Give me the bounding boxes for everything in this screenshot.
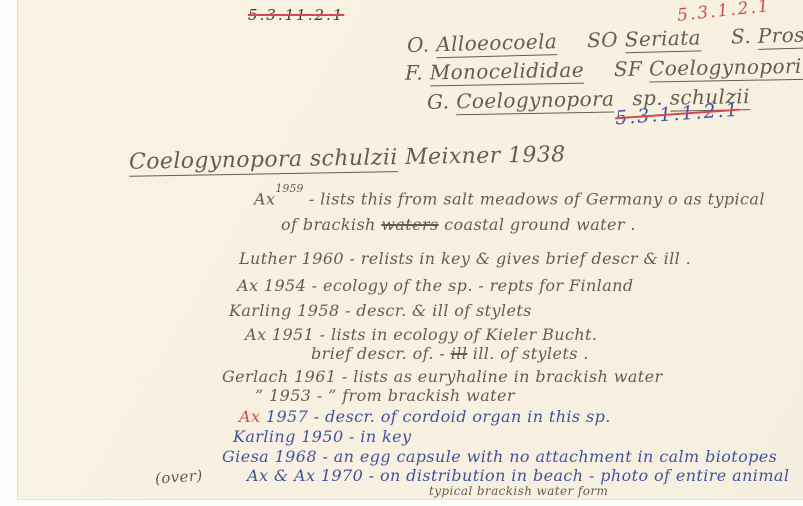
- over-note: (over): [154, 466, 203, 487]
- note-text: ill. of stylets .: [467, 344, 589, 363]
- genus-label: G.: [427, 89, 450, 113]
- order-name: Alloeocoela: [436, 29, 558, 58]
- taxonomy-line-family: F. MonocelididaeSF Coelogynoporinae: [405, 53, 803, 85]
- order-label: O.: [407, 32, 430, 57]
- family-name: Monocelididae: [430, 58, 585, 87]
- note-ax-ax-1970-sub: typical brackish water form: [429, 484, 608, 498]
- note-karling-1950: Karling 1950 - in key: [233, 427, 411, 446]
- note-gerlach-1953: ” 1953 - ” from brackish water: [255, 386, 515, 405]
- note-text: coastal ground water .: [439, 215, 636, 234]
- section-name: Proseriata: [758, 21, 803, 50]
- note-karling-1958: Karling 1958 - descr. & ill of stylets: [229, 301, 532, 320]
- note-year-superscript: 1959: [275, 182, 303, 195]
- scanned-index-card: 5.3.11.2.1 5.3.1.2.1 O. AlloeocoelaSO Se…: [0, 0, 803, 506]
- taxonomy-line-order: O. AlloeocoelaSO SeriataS. Proseriata: [407, 21, 803, 57]
- subfamily-name: Coelogynoporinae: [649, 53, 803, 82]
- catalog-code-crossed-black: 5.3.11.2.1: [248, 6, 344, 24]
- note-text: brief descr. of. -: [311, 344, 451, 363]
- note-author-red: Ax: [239, 407, 260, 426]
- note-ax-1959: Ax1959 - lists this from salt meadows of…: [254, 188, 765, 208]
- note-text: - lists this from salt meadows of German…: [303, 189, 764, 208]
- note-ax-1954: Ax 1954 - ecology of the sp. - repts for…: [237, 276, 634, 295]
- family-label: F.: [405, 60, 423, 84]
- section-label: S.: [731, 24, 752, 49]
- suborder-label: SO: [587, 27, 619, 52]
- note-ax-ax-1970: Ax & Ax 1970 - on distribution in beach …: [247, 466, 789, 485]
- suborder-name: Seriata: [624, 25, 701, 53]
- genus-name: Coelogynopora: [456, 87, 615, 116]
- subfamily-label: SF: [614, 57, 643, 81]
- catalog-code-red: 5.3.1.2.1: [676, 0, 771, 26]
- note-text: of brackish: [281, 215, 381, 234]
- index-card: 5.3.11.2.1 5.3.1.2.1 O. AlloeocoelaSO Se…: [17, 0, 803, 500]
- note-ax-1951: Ax 1951 - lists in ecology of Kieler Buc…: [245, 325, 597, 344]
- note-text-blue: 1957 - descr. of cordoid organ in this s…: [260, 407, 610, 426]
- note-ax-1957: Ax 1957 - descr. of cordoid organ in thi…: [239, 407, 611, 426]
- struck-word: waters: [381, 215, 438, 234]
- note-ax-1951-cont: brief descr. of. - ill ill. of stylets .: [311, 344, 589, 363]
- note-gerlach-1961: Gerlach 1961 - lists as euryhaline in br…: [222, 367, 663, 386]
- title-authority: Meixner 1938: [405, 142, 566, 170]
- note-author: Ax: [254, 189, 275, 208]
- note-ax-1959-cont: of brackish waters coastal ground water …: [281, 215, 636, 234]
- card-title: Coelogynopora schulzii Meixner 1938: [129, 142, 566, 175]
- title-species: Coelogynopora schulzii: [129, 145, 398, 177]
- note-luther-1960: Luther 1960 - relists in key & gives bri…: [239, 249, 691, 268]
- struck-word: ill: [451, 344, 468, 363]
- note-giesa-1968: Giesa 1968 - an egg capsule with no atta…: [222, 447, 777, 466]
